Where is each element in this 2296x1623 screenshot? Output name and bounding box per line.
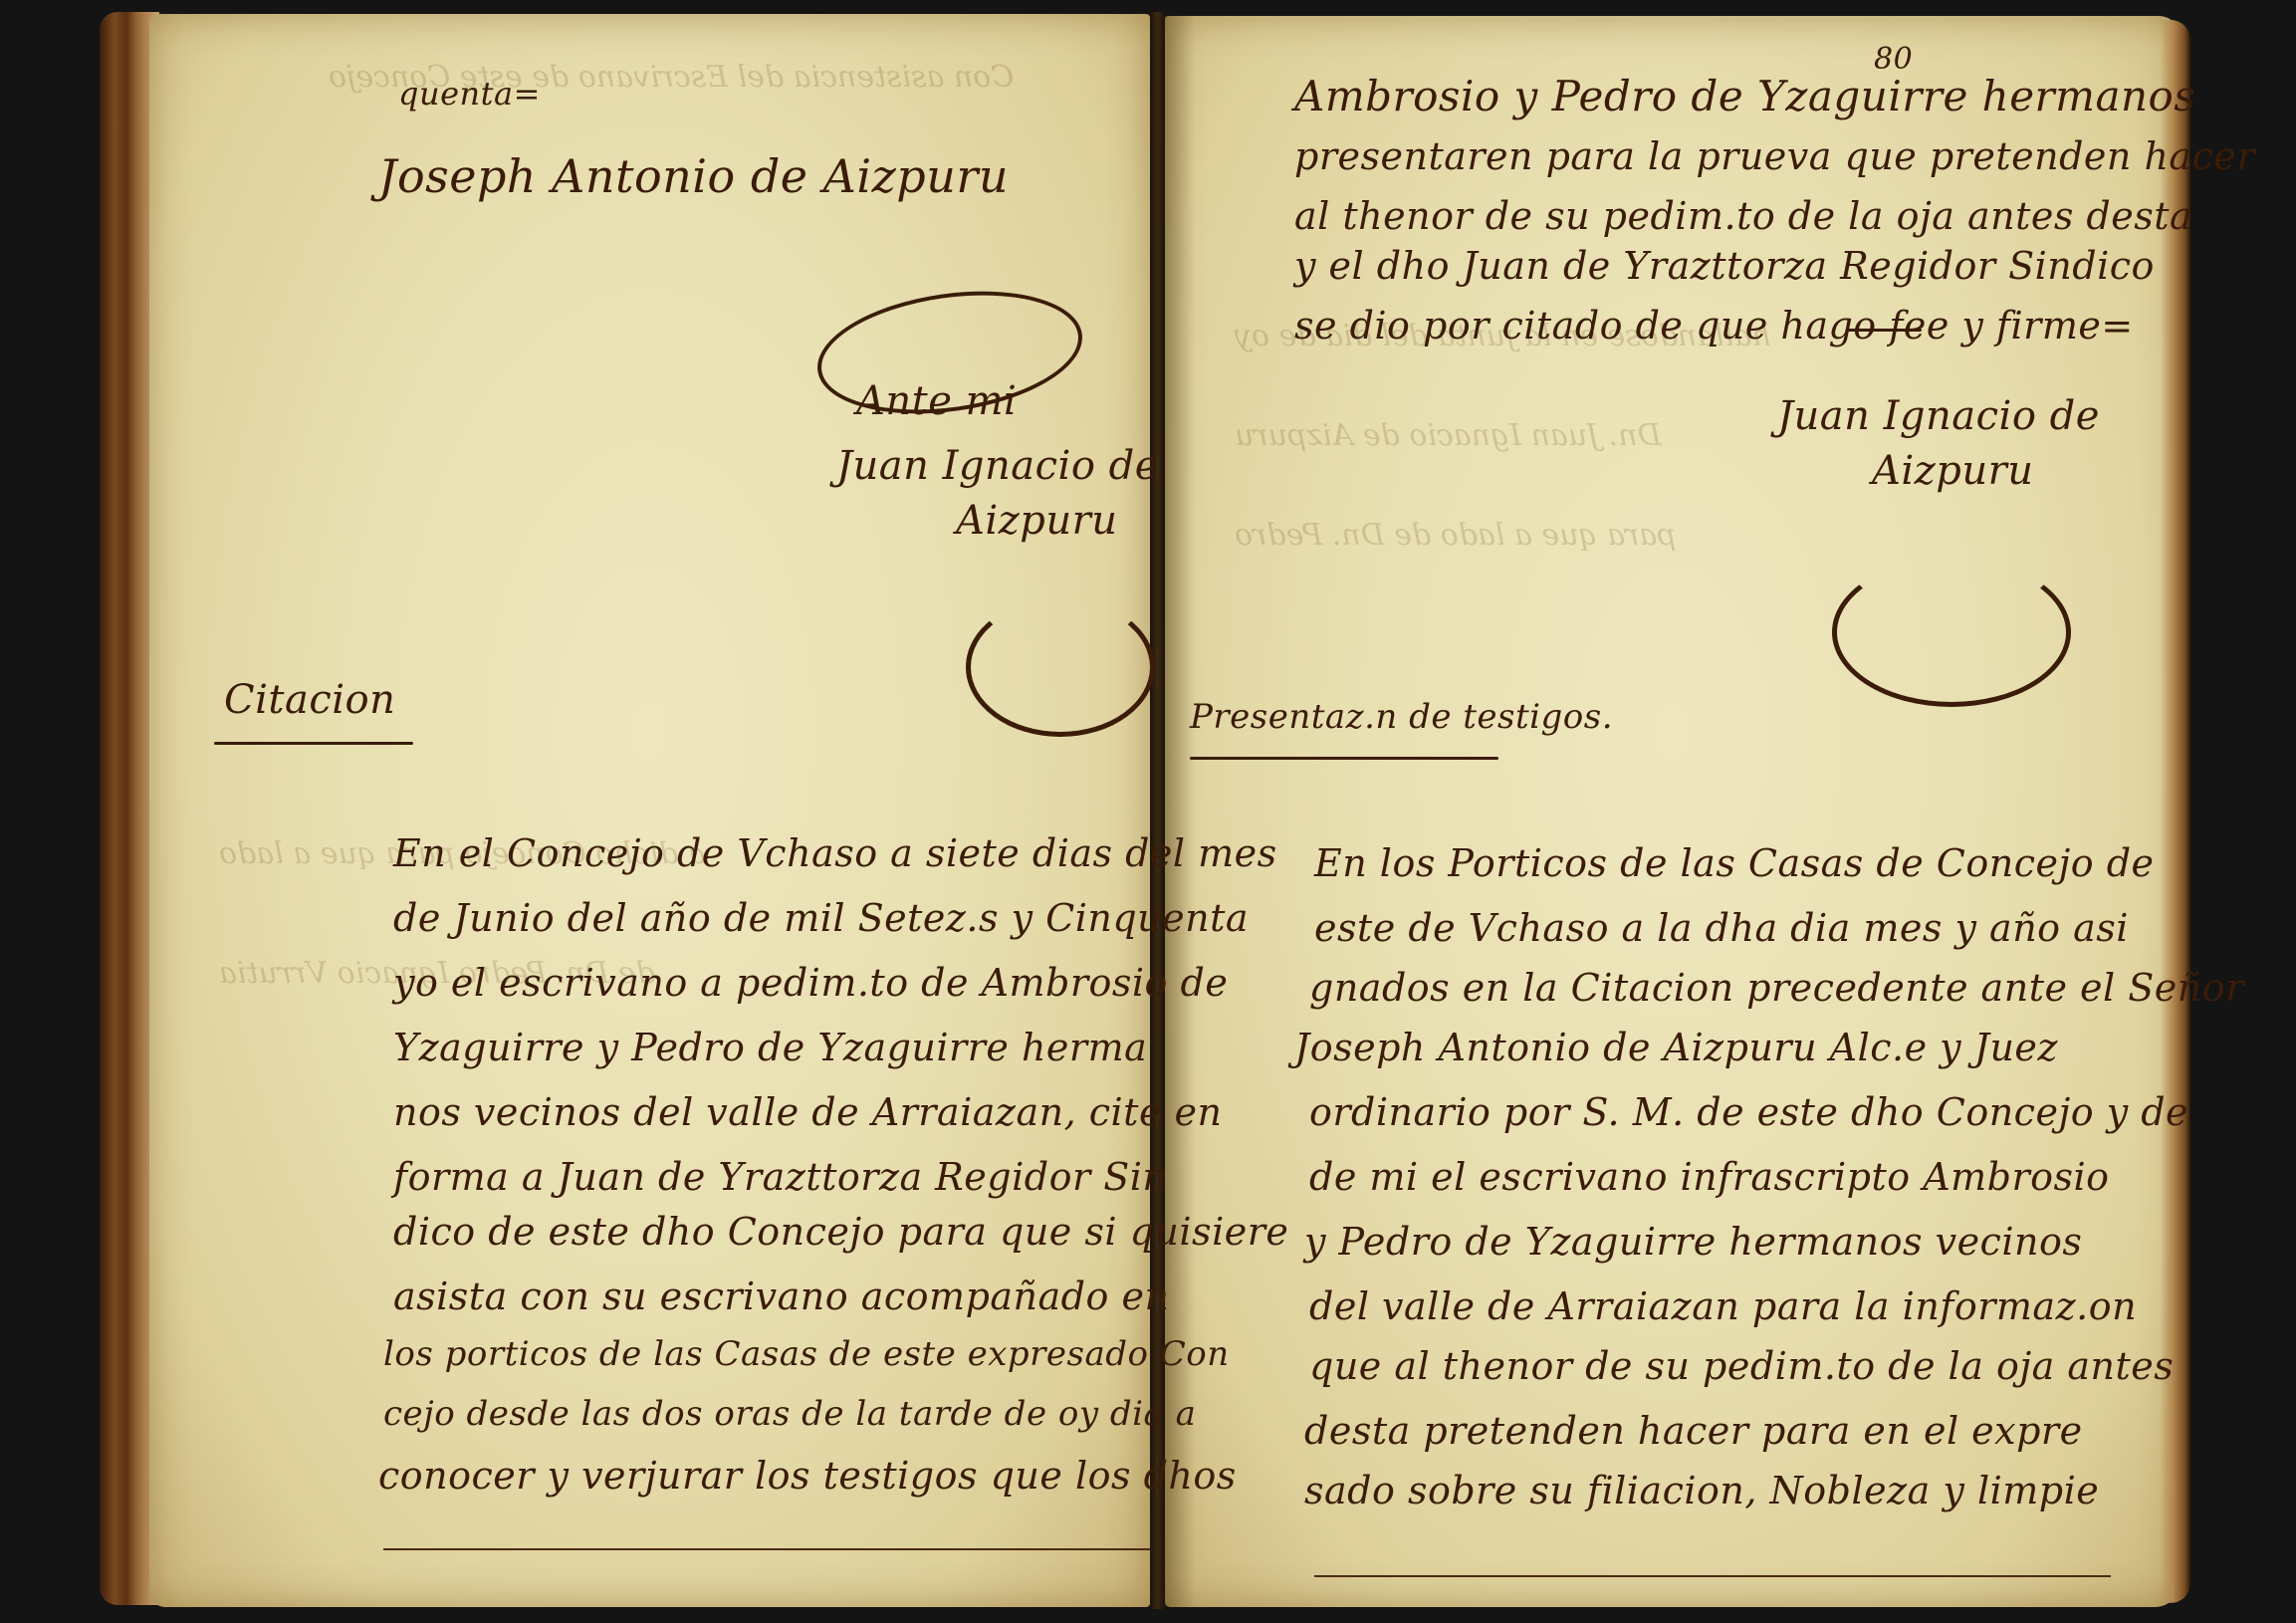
left-top-line-1: quenta= <box>398 75 541 113</box>
right-body-line: sado sobre su filiacion, Nobleza y limpi… <box>1304 1469 2099 1512</box>
right-top-line: al thenor de su pedim.to de la oja antes… <box>1294 194 2192 238</box>
right-top-line: se dio por citado de que hago fee y firm… <box>1294 304 2134 348</box>
left-body-line: Yzaguirre y Pedro de Yzaguirre herma <box>393 1026 1147 1069</box>
right-body-line: que al thenor de su pedim.to de la oja a… <box>1309 1344 2174 1388</box>
left-body-line: conocer y verjurar los testigos que los … <box>378 1454 1237 1498</box>
left-body-line: En el Concejo de Vchaso a siete dias del… <box>393 831 1277 875</box>
right-body-line: y Pedro de Yzaguirre hermanos vecinos <box>1304 1220 2082 1264</box>
bleed-through-text: para que a lado de Dn. Pedro <box>1235 518 1677 553</box>
closing-line <box>383 1548 1150 1550</box>
bleed-through-text: Dn. Juan Ignacio de Aizpuru <box>1235 418 1662 453</box>
left-body-line: asista con su escrivano acompañado en <box>393 1275 1169 1318</box>
rubric-flourish-icon <box>966 597 1155 737</box>
right-top-line: y el dho Juan de Yrazttorza Regidor Sind… <box>1294 244 2155 288</box>
right-body-line: Joseph Antonio de Aizpuru Alc.e y Juez <box>1294 1026 2058 1069</box>
right-top-line: presentaren para la prueva que pretenden… <box>1294 134 2255 178</box>
heading-underline <box>214 742 413 745</box>
right-body-line: gnados en la Citacion precedente ante el… <box>1309 966 2244 1010</box>
right-body-line: de mi el escrivano infrascripto Ambrosio <box>1309 1155 2110 1199</box>
left-signature-surname: Aizpuru <box>956 498 1118 544</box>
left-top-line-2: Joseph Antonio de Aizpuru <box>378 149 1009 203</box>
right-body-line: este de Vchaso a la dha dia mes y año as… <box>1314 906 2129 950</box>
line-end-mark <box>1847 329 1922 332</box>
manuscript-spread: Con asistencia del Escrivano de este Con… <box>0 0 2296 1623</box>
left-body-line: cejo desde las dos oras de la tarde de o… <box>383 1394 1196 1434</box>
left-body-line: nos vecinos del valle de Arraiazan, cite… <box>393 1090 1222 1134</box>
right-body-line: del valle de Arraiazan para la informaz.… <box>1309 1284 2137 1328</box>
rubric-flourish-icon <box>1832 558 2071 707</box>
right-body-line: En los Porticos de las Casas de Concejo … <box>1314 841 2155 885</box>
left-body-line: de Junio del año de mil Setez.s y Cinque… <box>393 896 1249 940</box>
closing-line <box>1314 1575 2111 1577</box>
right-signature-surname: Aizpuru <box>1872 448 2034 494</box>
left-signature-ante-mi: Ante mi <box>856 378 1017 424</box>
left-body-line: yo el escrivano a pedim.to de Ambrosio d… <box>393 961 1228 1005</box>
right-signature-name: Juan Ignacio de <box>1777 393 2100 439</box>
left-section-heading: Citacion <box>224 677 395 723</box>
right-body-line: desta pretenden hacer para en el expre <box>1304 1409 2083 1453</box>
right-top-line: Ambrosio y Pedro de Yzaguirre hermanos <box>1294 72 2195 120</box>
left-body-line: los porticos de las Casas de este expres… <box>383 1334 1230 1374</box>
right-body-line: ordinario por S. M. de este dho Concejo … <box>1309 1090 2188 1134</box>
left-body-line: dico de este dho Concejo para que si qui… <box>393 1210 1288 1254</box>
left-body-line: forma a Juan de Yrazttorza Regidor Sin <box>393 1155 1167 1199</box>
right-section-heading: Presentaz.n de testigos. <box>1190 697 1613 737</box>
left-signature-name: Juan Ignacio de <box>836 443 1159 489</box>
heading-underline <box>1190 757 1498 760</box>
